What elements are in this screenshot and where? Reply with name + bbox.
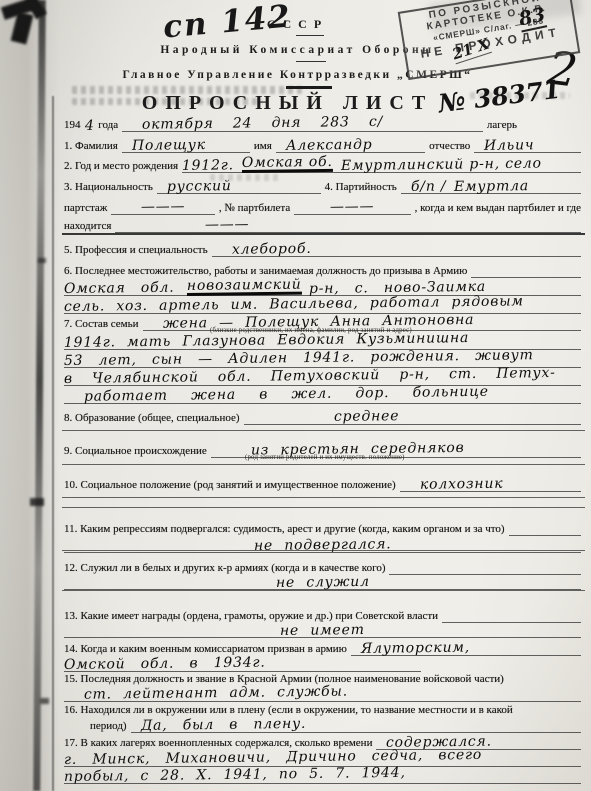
family-label: 7. Состав семьи bbox=[64, 318, 139, 331]
field-camps-label: 17. В каких лагерях военнопленных содерж… bbox=[64, 734, 581, 750]
repressions-label: 11. Каким репрессиям подвергался: судимо… bbox=[64, 523, 505, 536]
name-value: Александр bbox=[276, 138, 373, 153]
blank-rule bbox=[62, 497, 585, 498]
blank-rule bbox=[62, 430, 585, 431]
field-birth: 2. Год и место рождения 1912г. Омская об… bbox=[64, 157, 581, 173]
education-label: 8. Образование (общее, специальное) bbox=[64, 412, 240, 425]
field-family-line5: работает жена в жел. дор. больнице bbox=[64, 388, 581, 404]
field-residence-label: 6. Последнее местожительство, работы и з… bbox=[64, 262, 581, 278]
camps-list: г. Минск, Михановичи, Дричино седча, все… bbox=[64, 748, 482, 767]
party-dash: ——— bbox=[330, 199, 375, 214]
field-family-line4: в Челябинской обл. Петуховский р-н, ст. … bbox=[64, 370, 581, 386]
camp-word: лагерь bbox=[487, 119, 517, 132]
field-profession: 5. Профессия и специальность хлебороб. bbox=[64, 241, 581, 257]
awards-value: не имеет bbox=[280, 623, 365, 638]
social-origin-label: 9. Социальное происхождение bbox=[64, 445, 207, 458]
field-awards-label: 13. Какие имеет награды (ордена, грамоты… bbox=[64, 607, 581, 623]
social-origin-note: (род занятий родителей и их имуществ. по… bbox=[245, 454, 405, 461]
ink-blotch bbox=[40, 698, 49, 704]
date-hand-value: октября 24 дня 283 с/ bbox=[122, 115, 383, 132]
rank-value: ст. лейтенант адм. службы. bbox=[64, 685, 348, 702]
captivity-period-label: период) bbox=[90, 720, 127, 733]
field-camps-line3: пробыл, с 28. X. 1941, по 5. 7. 1944, bbox=[64, 768, 581, 784]
party-ticket-label: , № партбилета bbox=[219, 202, 290, 215]
party-value: б/п / bbox=[401, 179, 447, 194]
nationality-label: 3. Национальность bbox=[64, 181, 153, 194]
patronymic-label: отчество bbox=[429, 140, 470, 153]
party-dash: ——— bbox=[141, 199, 186, 214]
party-service-label: партстаж bbox=[64, 202, 107, 215]
divider-rule bbox=[296, 61, 326, 62]
name-label: имя bbox=[254, 140, 272, 153]
social-position-value: колхозник bbox=[399, 477, 503, 492]
blank-rule bbox=[62, 507, 585, 508]
family-son: 53 лет, сын — Адилен 1941г. рождения. жи… bbox=[64, 348, 534, 368]
camps-dates: пробыл, с 28. X. 1941, по 5. 7. 1944, bbox=[64, 766, 406, 784]
field-white-armies-label: 12. Служил ли в белых и других к-р армия… bbox=[64, 559, 581, 575]
blank-rule bbox=[62, 550, 585, 551]
field-captivity-label: 16. Находился ли в окружении или в плену… bbox=[64, 701, 581, 717]
profession-value: хлебороб. bbox=[211, 242, 311, 257]
field-party-record: партстаж ——— , № партбилета ——— , когда … bbox=[64, 199, 581, 215]
year-word: года bbox=[98, 119, 118, 132]
field-residence-line2: сель. хоз. артель им. Васильева, работал… bbox=[64, 298, 581, 314]
field-commissariat: 14. Когда и каким военным комиссариатом … bbox=[64, 640, 581, 656]
family-work: работает жена в жел. дор. больнице bbox=[64, 385, 489, 404]
white-armies-value: не служил bbox=[275, 575, 369, 590]
nationality-value: русский bbox=[157, 179, 232, 194]
section-divider bbox=[62, 233, 585, 235]
birth-label: 2. Год и место рождения bbox=[64, 160, 178, 173]
divider-rule-thick bbox=[286, 86, 332, 89]
scan-edge-strip bbox=[0, 0, 60, 791]
field-awards-value: не имеет bbox=[64, 622, 581, 638]
year-hand: 4 bbox=[84, 119, 94, 133]
blank-rule bbox=[62, 590, 585, 591]
field-social-position: 10. Социальное положение (род занятий и … bbox=[64, 476, 581, 492]
party-issued-label: , когда и кем выдан партбилет и где bbox=[415, 202, 581, 215]
field-party-location: находится ——— bbox=[64, 217, 581, 233]
divider-rule bbox=[296, 35, 324, 36]
residence-region: Омская обл. bbox=[64, 281, 175, 296]
residence-district: новозаимский bbox=[186, 278, 301, 296]
birth-year: 1912г. bbox=[182, 158, 234, 173]
party-dash: ——— bbox=[115, 217, 250, 233]
field-camps-line2: г. Минск, Михановичи, Дричино седча, все… bbox=[64, 751, 581, 767]
field-education: 8. Образование (общее, специальное) сред… bbox=[64, 409, 581, 425]
patronymic-value: Ильич bbox=[474, 138, 535, 153]
field-nationality-party: 3. Национальность русский 4. Партийность… bbox=[64, 178, 581, 194]
surname-value: Полещук bbox=[122, 138, 206, 153]
date-line: 194 4 года октября 24 дня 283 с/ лагерь bbox=[64, 116, 581, 132]
surname-label: 1. Фамилия bbox=[64, 140, 118, 153]
captivity-value: Да, был в плену. bbox=[130, 717, 306, 733]
scanned-questionnaire-page: сп 142 СССР Народный Комиссариат Обороны… bbox=[0, 0, 591, 791]
field-repressions-label: 11. Каким репрессиям подвергался: судимо… bbox=[64, 520, 581, 536]
commissariat-label: 14. Когда и каким военным комиссариатом … bbox=[64, 643, 347, 656]
birth-district: Емуртлинский р-н, село bbox=[341, 157, 542, 173]
education-value: среднее bbox=[243, 409, 399, 425]
social-position-label: 10. Социальное положение (род занятий и … bbox=[64, 479, 396, 492]
ink-blotch bbox=[38, 258, 46, 263]
residence-work: сель. хоз. артель им. Васильева, работал… bbox=[64, 294, 524, 314]
year-prefix: 194 bbox=[64, 119, 81, 132]
family-mother: 1914г. мать Глазунова Евдокия Кузьминишн… bbox=[64, 331, 469, 350]
party-label: 4. Партийность bbox=[325, 181, 397, 194]
field-captivity-value: период) Да, был в плену. bbox=[90, 717, 581, 733]
field-rank-value: ст. лейтенант адм. службы. bbox=[64, 686, 581, 702]
ink-blotch bbox=[30, 498, 44, 506]
location-label: находится bbox=[64, 220, 111, 233]
commissariat-value: Ялуторским, bbox=[351, 641, 470, 656]
profession-label: 5. Профессия и специальность bbox=[64, 244, 208, 257]
party-value2: Емуртла bbox=[454, 179, 529, 194]
blank-rule bbox=[62, 464, 585, 465]
birth-region: Омская об. bbox=[242, 155, 333, 173]
field-white-armies-value: не служил bbox=[64, 574, 581, 590]
field-surname-name-patronymic: 1. Фамилия Полещук имя Александр отчеств… bbox=[64, 137, 581, 153]
margin-rule-line bbox=[52, 96, 54, 791]
